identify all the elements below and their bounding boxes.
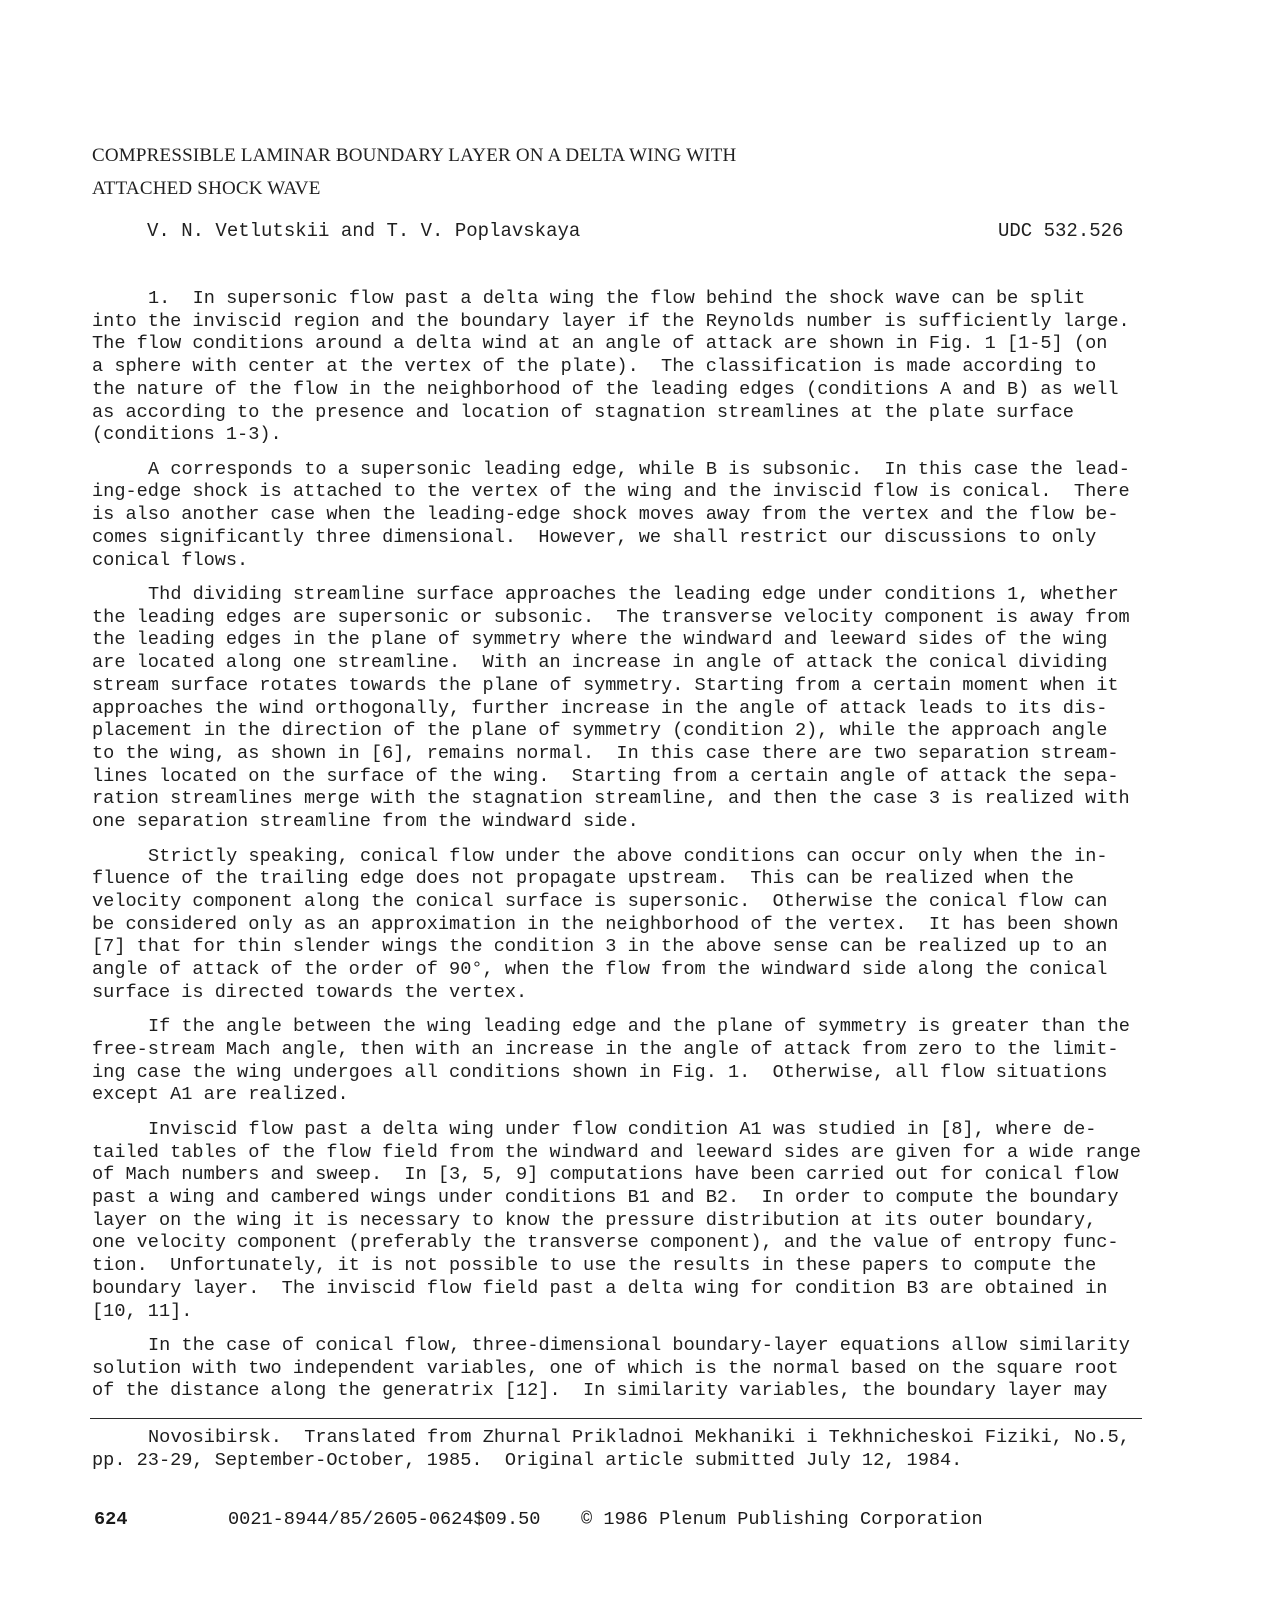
text-line: Strictly speaking, conical flow under th… [92,846,1142,869]
text-line: as according to the presence and locatio… [92,402,1142,425]
footnote-divider [90,1418,1142,1419]
text-line: layer on the wing it is necessary to kno… [92,1210,1142,1233]
paragraph: Inviscid flow past a delta wing under fl… [92,1119,1142,1323]
title-line-1: COMPRESSIBLE LAMINAR BOUNDARY LAYER ON A… [92,139,992,172]
paragraph: A corresponds to a supersonic leading ed… [92,459,1142,573]
text-line: Inviscid flow past a delta wing under fl… [92,1119,1142,1142]
text-line: The flow conditions around a delta wind … [92,333,1142,356]
text-line: angle of attack of the order of 90°, whe… [92,959,1142,982]
text-line: a sphere with center at the vertex of th… [92,356,1142,379]
text-line: Thd dividing streamline surface approach… [92,584,1142,607]
article-body: 1. In supersonic flow past a delta wing … [92,288,1142,1415]
document-page: COMPRESSIBLE LAMINAR BOUNDARY LAYER ON A… [0,0,1261,1613]
copyright-notice: © 1986 Plenum Publishing Corporation [581,1508,983,1532]
text-line: one separation streamline from the windw… [92,811,1142,834]
text-line: approaches the wind orthogonally, furthe… [92,698,1142,721]
text-line: be considered only as an approximation i… [92,914,1142,937]
authors: V. N. Vetlutskii and T. V. Poplavskaya [147,219,580,243]
text-line: ing case the wing undergoes all conditio… [92,1062,1142,1085]
text-line: except A1 are realized. [92,1084,1142,1107]
text-line: is also another case when the leading-ed… [92,504,1142,527]
text-line: into the inviscid region and the boundar… [92,311,1142,334]
text-line: of Mach numbers and sweep. In [3, 5, 9] … [92,1164,1142,1187]
paragraph: In the case of conical flow, three-dimen… [92,1335,1142,1403]
text-line: stream surface rotates towards the plane… [92,675,1142,698]
text-line: tion. Unfortunately, it is not possible … [92,1255,1142,1278]
text-line: tailed tables of the flow field from the… [92,1142,1142,1165]
text-line: free-stream Mach angle, then with an inc… [92,1039,1142,1062]
text-line: A corresponds to a supersonic leading ed… [92,459,1142,482]
text-line: 1. In supersonic flow past a delta wing … [92,288,1142,311]
text-line: velocity component along the conical sur… [92,891,1142,914]
text-line: past a wing and cambered wings under con… [92,1187,1142,1210]
text-line: the leading edges in the plane of symmet… [92,629,1142,652]
paragraph: Thd dividing streamline surface approach… [92,584,1142,834]
paragraph: If the angle between the wing leading ed… [92,1016,1142,1107]
footnote: Novosibirsk. Translated from Zhurnal Pri… [92,1427,1152,1472]
text-line: lines located on the surface of the wing… [92,766,1142,789]
text-line: ration streamlines merge with the stagna… [92,788,1142,811]
text-line: of the distance along the generatrix [12… [92,1380,1142,1403]
text-line: the leading edges are supersonic or subs… [92,607,1142,630]
text-line: solution with two independent variables,… [92,1358,1142,1381]
text-line: are located along one streamline. With a… [92,652,1142,675]
page-number: 624 [94,1508,127,1532]
text-line: In the case of conical flow, three-dimen… [92,1335,1142,1358]
text-line: the nature of the flow in the neighborho… [92,379,1142,402]
paragraph: Strictly speaking, conical flow under th… [92,846,1142,1005]
text-line: boundary layer. The inviscid flow field … [92,1278,1142,1301]
footnote-line: pp. 23-29, September-October, 1985. Orig… [92,1450,1152,1473]
text-line: surface is directed towards the vertex. [92,982,1142,1005]
text-line: comes significantly three dimensional. H… [92,527,1142,550]
footnote-line: Novosibirsk. Translated from Zhurnal Pri… [92,1427,1152,1450]
text-line: [10, 11]. [92,1301,1142,1324]
text-line: [7] that for thin slender wings the cond… [92,936,1142,959]
text-line: If the angle between the wing leading ed… [92,1016,1142,1039]
text-line: to the wing, as shown in [6], remains no… [92,743,1142,766]
article-code: 0021-8944/85/2605-0624$09.50 [228,1508,540,1532]
text-line: one velocity component (preferably the t… [92,1232,1142,1255]
title-line-2: ATTACHED SHOCK WAVE [92,172,992,205]
text-line: fluence of the trailing edge does not pr… [92,868,1142,891]
udc-code: UDC 532.526 [998,219,1123,243]
article-title: COMPRESSIBLE LAMINAR BOUNDARY LAYER ON A… [92,139,992,205]
text-line: conical flows. [92,550,1142,573]
text-line: placement in the direction of the plane … [92,720,1142,743]
text-line: ing-edge shock is attached to the vertex… [92,481,1142,504]
paragraph: 1. In supersonic flow past a delta wing … [92,288,1142,447]
text-line: (conditions 1-3). [92,424,1142,447]
